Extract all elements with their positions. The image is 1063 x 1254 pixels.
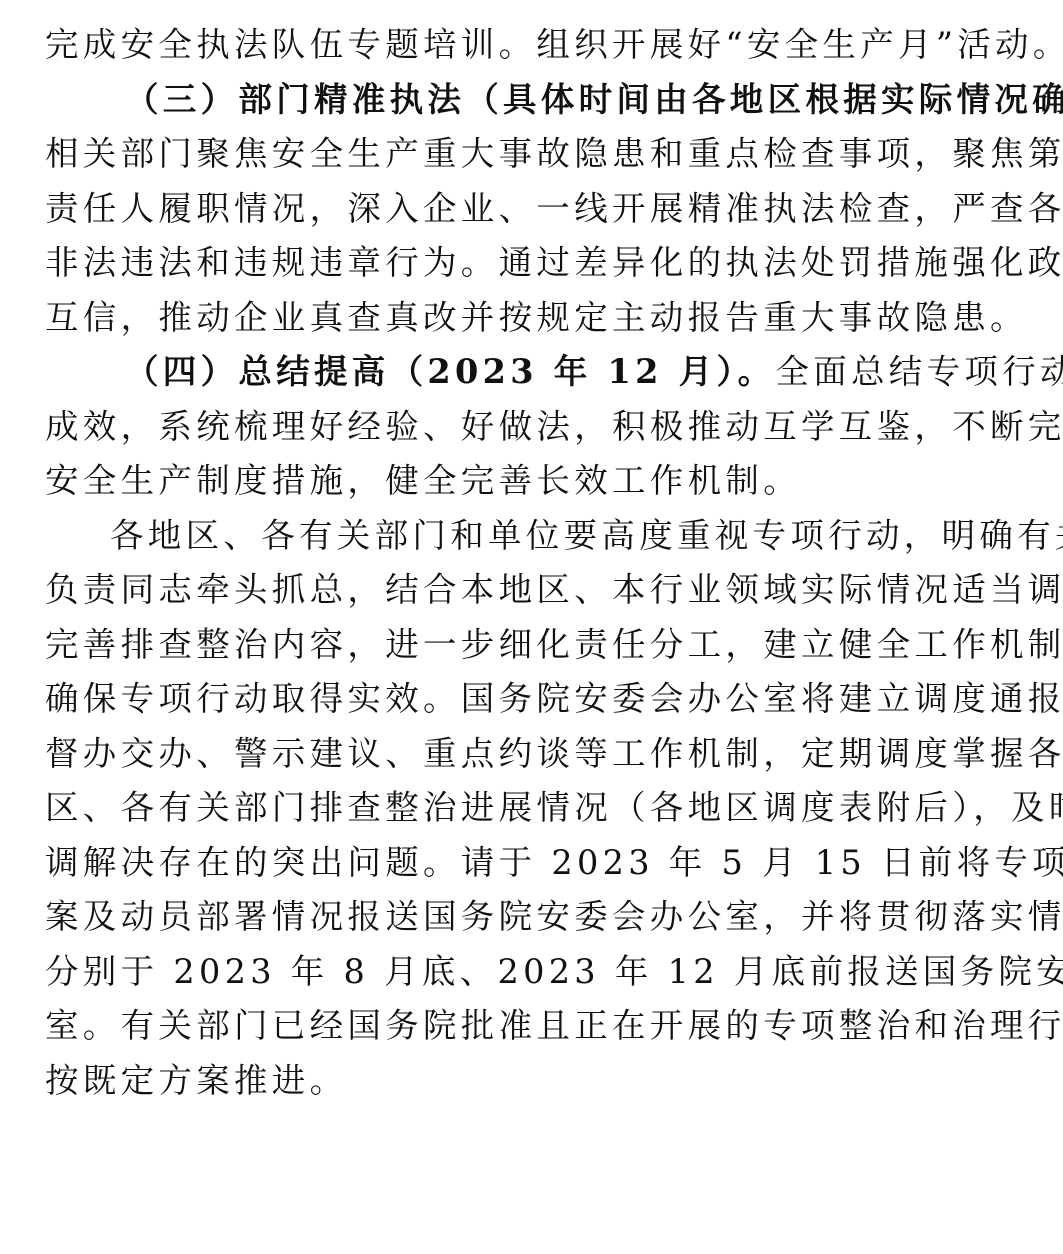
text-line-8: 成效，系统梳理好经验、好做法，积极推动互学互鉴，不断完善 bbox=[45, 400, 1020, 454]
text-line-12: 完善排查整治内容，进一步细化责任分工，建立健全工作机制， bbox=[45, 618, 1020, 672]
text-line-1: 完成安全执法队伍专题培训。组织开展好“安全生产月”活动。 bbox=[45, 18, 1020, 72]
section-heading-4: （四）总结提高（2023 年 12 月）。 bbox=[125, 345, 775, 399]
text-line-4: 责任人履职情况，深入企业、一线开展精准执法检查，严查各类 bbox=[45, 182, 1020, 236]
text-line-16: 调解决存在的突出问题。请于 2023 年 5 月 15 日前将专项行动方 bbox=[45, 836, 1020, 890]
section-heading-4-line: （四）总结提高（2023 年 12 月）。 全面总结专项行动取得的 bbox=[125, 345, 1020, 399]
text-line-20: 按既定方案推进。 bbox=[45, 1054, 1020, 1108]
text-line-18: 分别于 2023 年 8 月底、2023 年 12 月底前报送国务院安委会办公 bbox=[45, 945, 1020, 999]
text-line-14: 督办交办、警示建议、重点约谈等工作机制，定期调度掌握各地 bbox=[45, 727, 1020, 781]
text-line-11: 负责同志牵头抓总，结合本地区、本行业领域实际情况适当调整 bbox=[45, 563, 1020, 617]
text-line-3: 相关部门聚焦安全生产重大事故隐患和重点检查事项，聚焦第一 bbox=[45, 127, 1020, 181]
text-line-13: 确保专项行动取得实效。国务院安委会办公室将建立调度通报、 bbox=[45, 672, 1020, 726]
document-page: 完成安全执法队伍专题培训。组织开展好“安全生产月”活动。 （三）部门精准执法（具… bbox=[0, 0, 1063, 1254]
text-line-19: 室。有关部门已经国务院批准且正在开展的专项整治和治理行动 bbox=[45, 999, 1020, 1053]
text-line-15: 区、各有关部门排查整治进展情况（各地区调度表附后），及时协 bbox=[45, 781, 1020, 835]
text-line-6: 互信，推动企业真查真改并按规定主动报告重大事故隐患。 bbox=[45, 291, 1020, 345]
text-line-17: 案及动员部署情况报送国务院安委会办公室，并将贯彻落实情况 bbox=[45, 890, 1020, 944]
text-line-5: 非法违法和违规违章行为。通过差异化的执法处罚措施强化政企 bbox=[45, 236, 1020, 290]
paragraph-start-line: 各地区、各有关部门和单位要高度重视专项行动，明确有关 bbox=[110, 509, 1020, 563]
section-heading-4-text: 全面总结专项行动取得的 bbox=[775, 345, 1063, 399]
text-line-9: 安全生产制度措施，健全完善长效工作机制。 bbox=[45, 454, 1020, 508]
section-heading-3: （三）部门精准执法（具体时间由各地区根据实际情况确定）。 bbox=[125, 73, 1020, 127]
